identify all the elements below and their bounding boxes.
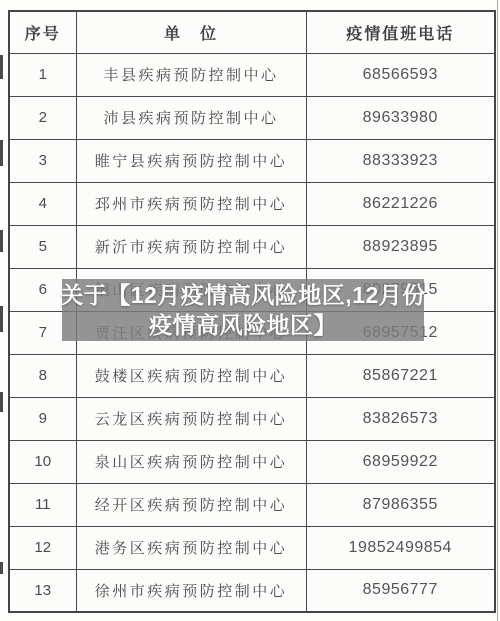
table-row: 10 泉山区疾病预防控制中心 68959922 xyxy=(9,440,495,483)
row-phone: 88333923 xyxy=(306,139,495,182)
row-unit: 港务区疾病预防控制中心 xyxy=(76,526,306,569)
row-unit: 鼓楼区疾病预防控制中心 xyxy=(76,354,306,397)
row-serial: 9 xyxy=(9,397,76,440)
table-row: 3 睢宁县疾病预防控制中心 88333923 xyxy=(9,139,495,182)
row-serial: 12 xyxy=(9,526,76,569)
header-unit: 单 位 xyxy=(76,11,306,53)
row-serial: 13 xyxy=(9,569,76,612)
row-unit: 云龙区疾病预防控制中心 xyxy=(76,397,306,440)
table-row: 9 云龙区疾病预防控制中心 83826573 xyxy=(9,397,495,440)
header-serial-number: 序号 xyxy=(9,11,76,53)
row-serial: 4 xyxy=(9,182,76,225)
row-serial: 1 xyxy=(9,53,76,96)
row-phone: 88923895 xyxy=(306,225,495,268)
row-phone: 87986355 xyxy=(306,483,495,526)
table-row: 5 新沂市疾病预防控制中心 88923895 xyxy=(9,225,495,268)
scan-artifact-mark xyxy=(0,562,3,574)
header-duty-phone: 疫情值班电话 xyxy=(306,11,495,53)
row-unit: 沛县疾病预防控制中心 xyxy=(76,96,306,139)
scan-artifact-mark xyxy=(0,306,3,332)
row-unit: 睢宁县疾病预防控制中心 xyxy=(76,139,306,182)
row-phone: 85867221 xyxy=(306,354,495,397)
row-serial: 3 xyxy=(9,139,76,182)
row-phone: 89633980 xyxy=(306,96,495,139)
table-row: 11 经开区疾病预防控制中心 87986355 xyxy=(9,483,495,526)
scan-artifact-mark xyxy=(0,230,3,252)
row-phone: 85956777 xyxy=(306,569,495,612)
table-row: 1 丰县疾病预防控制中心 68566593 xyxy=(9,53,495,96)
table-row: 8 鼓楼区疾病预防控制中心 85867221 xyxy=(9,354,495,397)
row-unit: 新沂市疾病预防控制中心 xyxy=(76,225,306,268)
table-row: 13 徐州市疾病预防控制中心 85956777 xyxy=(9,569,495,612)
row-phone: 68566593 xyxy=(306,53,495,96)
row-unit: 邳州市疾病预防控制中心 xyxy=(76,182,306,225)
row-unit: 经开区疾病预防控制中心 xyxy=(76,483,306,526)
scan-edge-line xyxy=(497,0,498,621)
table-header-row: 序号 单 位 疫情值班电话 xyxy=(9,11,495,53)
row-phone: 83826573 xyxy=(306,397,495,440)
table-row: 4 邳州市疾病预防控制中心 86221226 xyxy=(9,182,495,225)
watermark-caption-overlay: 关于【12月疫情高风险地区,12月份 疫情高风险地区】 xyxy=(62,279,424,341)
watermark-caption-line2: 疫情高风险地区】 xyxy=(149,310,337,340)
row-serial: 2 xyxy=(9,96,76,139)
row-phone: 19852499854 xyxy=(306,526,495,569)
row-serial: 10 xyxy=(9,440,76,483)
table-row: 12 港务区疾病预防控制中心 19852499854 xyxy=(9,526,495,569)
scanned-document-page: 序号 单 位 疫情值班电话 1 丰县疾病预防控制中心 68566593 2 沛县… xyxy=(0,0,500,621)
row-serial: 8 xyxy=(9,354,76,397)
table-row: 2 沛县疾病预防控制中心 89633980 xyxy=(9,96,495,139)
row-serial: 5 xyxy=(9,225,76,268)
row-serial: 11 xyxy=(9,483,76,526)
row-phone: 86221226 xyxy=(306,182,495,225)
scan-artifact-mark xyxy=(0,140,3,166)
row-unit: 泉山区疾病预防控制中心 xyxy=(76,440,306,483)
scan-artifact-mark xyxy=(0,55,3,79)
row-phone: 68959922 xyxy=(306,440,495,483)
scan-artifact-mark xyxy=(0,392,3,412)
row-unit: 徐州市疾病预防控制中心 xyxy=(76,569,306,612)
row-unit: 丰县疾病预防控制中心 xyxy=(76,53,306,96)
watermark-caption-line1: 关于【12月疫情高风险地区,12月份 xyxy=(60,280,426,310)
